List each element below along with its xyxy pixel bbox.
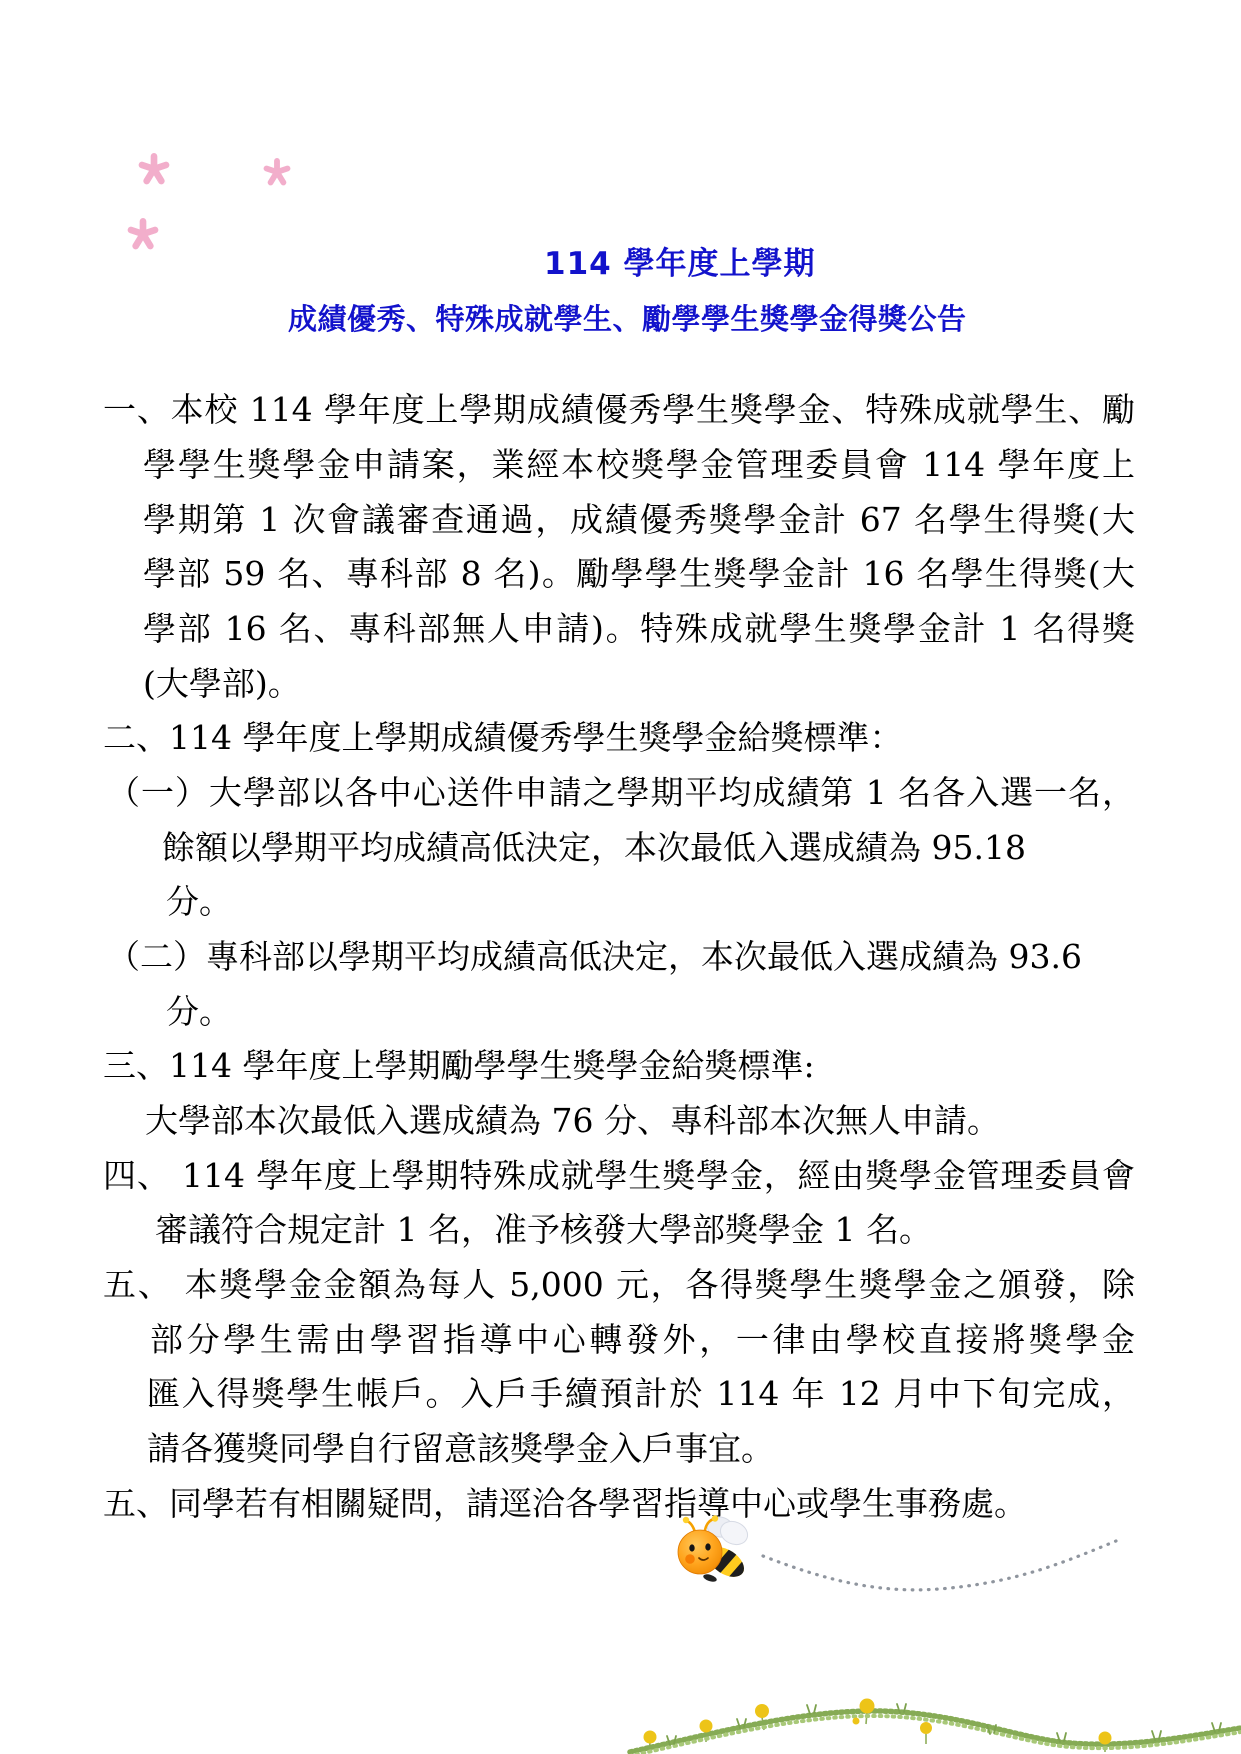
pink-asterisk-icon: [138, 153, 170, 185]
body-line: 匯入得獎學生帳戶。入戶手續預計於 114 年 12 月中下旬完成，: [147, 1367, 1135, 1421]
body-line: 分。: [166, 875, 232, 929]
body-line: 一、本校 114 學年度上學期成績優秀學生獎學金、特殊成就學生、勵: [103, 383, 1135, 437]
body-line: 四、 114 學年度上學期特殊成就學生獎學金，經由獎學金管理委員會: [103, 1149, 1135, 1203]
pink-asterisk-icon: [127, 218, 159, 250]
body-line: (大學部)。: [143, 657, 301, 711]
body-line: 二、114 學年度上學期成績優秀學生獎學金給獎標準：: [103, 711, 902, 765]
body-line: 請各獲獎同學自行留意該獎學金入戶事宜。: [147, 1422, 774, 1476]
body-line: 學部 59 名、專科部 8 名)。勵學學生獎學金計 16 名學生得獎(大: [143, 547, 1135, 601]
body-line: （一）大學部以各中心送件申請之學期平均成績第 1 名各入選一名，: [107, 766, 1135, 820]
body-line: 餘額以學期平均成績高低決定，本次最低入選成績為 95.18: [162, 821, 1026, 875]
page-subtitle: 成績優秀、特殊成就學生、勵學學生獎學金得獎公告: [288, 297, 967, 338]
body-line: 學部 16 名、專科部無人申請)。特殊成就學生獎學金計 1 名得獎: [143, 602, 1135, 656]
page-title: 114 學年度上學期: [544, 238, 816, 283]
announcement-document: 114 學年度上學期 成績優秀、特殊成就學生、勵學學生獎學金得獎公告 一、本校 …: [0, 0, 1241, 1754]
dotted-flight-path: [740, 1525, 1140, 1605]
body-line: （二）專科部以學期平均成績高低決定，本次最低入選成績為 93.6: [107, 930, 1082, 984]
body-line: 審議符合規定計 1 名，准予核發大學部獎學金 1 名。: [155, 1203, 932, 1257]
body-line: 學期第 1 次會議審查通過，成績優秀獎學金計 67 名學生得獎(大: [143, 493, 1135, 547]
grass-and-flowers: [600, 1690, 1241, 1754]
body-line: 學學生獎學金申請案，業經本校獎學金管理委員會 114 學年度上: [143, 438, 1135, 492]
pink-asterisk-icon: [263, 158, 291, 186]
body-line: 五、 本獎學金金額為每人 5,000 元，各得獎學生獎學金之頒發，除: [103, 1258, 1135, 1312]
body-line: 部分學生需由學習指導中心轉發外，一律由學校直接將獎學金: [150, 1313, 1135, 1367]
body-line: 五、同學若有相關疑問，請逕洽各學習指導中心或學生事務處。: [103, 1477, 1027, 1531]
body-line: 大學部本次最低入選成績為 76 分、專科部本次無人申請。: [145, 1094, 1000, 1148]
body-line: 分。: [166, 985, 232, 1039]
body-line: 三、114 學年度上學期勵學學生獎學金給獎標準:: [103, 1039, 815, 1093]
